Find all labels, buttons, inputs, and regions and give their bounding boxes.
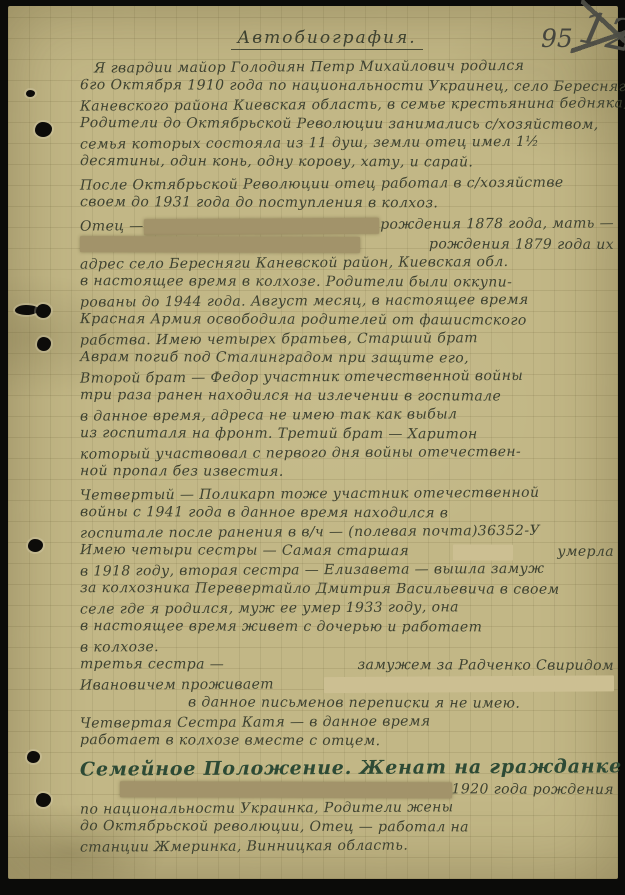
handwriting-text: войны с 1941 года в данное время находил… — [80, 504, 448, 521]
handwriting-text: за колхозника Перевертайло Дмитрия Васил… — [80, 580, 560, 598]
handwriting-text: Аврам погиб под Сталинградом при защите … — [80, 349, 469, 366]
handwriting-text: работает в колхозе вместе с отцем. — [80, 732, 381, 749]
handwriting-text: селе где я родился, муж ее умер 1933 год… — [80, 599, 459, 617]
handwritten-line: десятины, один конь, одну корову, хату, … — [80, 152, 614, 173]
handwriting-text: ной пропал без известия. — [80, 463, 284, 480]
handwriting-text: Родители до Октябрьской Революции занима… — [80, 115, 599, 133]
handwritten-line: Семейное Положение. Женат на гражданке — [80, 754, 614, 781]
handwriting-text: в колхозе. — [80, 639, 159, 655]
handwriting-text: до Октябрьской революции, Отец — работал… — [80, 818, 469, 835]
redaction-patch — [120, 781, 452, 798]
handwriting-text: Имею четыри сестры — Самая старшая — [80, 541, 409, 561]
handwriting-text: по национальности Украинка, Родители жен… — [80, 799, 454, 817]
handwritten-line: 6го Октября 1910 года по национальности … — [80, 76, 614, 97]
handwriting-text: в настоящее время в колхозе. Родители бы… — [80, 273, 512, 291]
handwriting-text: Четвертая Сестра Катя — в данное время — [80, 713, 431, 731]
handwriting-text: Второй брат — Федор участник отечественн… — [80, 368, 523, 387]
handwritten-line: который участвовал с первого дня войны о… — [80, 442, 614, 464]
handwritten-line: рованы до 1944 года. Август месяц, в нас… — [80, 290, 614, 312]
handwritten-line: селе где я родился, муж ее умер 1933 год… — [80, 597, 614, 619]
handwritten-line: станции Жмеринка, Винницкая область. — [80, 835, 614, 857]
handwritten-line: работает в колхозе вместе с отцем. — [80, 731, 614, 752]
handwritten-line: три раза ранен находился на излечении в … — [80, 386, 614, 407]
handwriting-text: в данное время, адреса не имею так как в… — [80, 406, 457, 424]
handwriting-text: адрес село Бересняги Каневской район, Ки… — [80, 254, 509, 273]
handwritten-line: Аврам погиб под Сталинградом при защите … — [80, 348, 614, 369]
scanned-document-page: 95 124 Автобиография. Я гвардии майор Го… — [0, 0, 625, 895]
handwritten-line: из госпиталя на фронт. Третий брат — Хар… — [80, 424, 614, 445]
handwriting-text: Каневского района Киевская область, в се… — [80, 95, 625, 114]
handwritten-line: ной пропал без известия. — [80, 462, 614, 483]
handwritten-line: Отец —рождения 1878 года, мать — — [80, 214, 614, 236]
handwritten-line: по национальности Украинка, Родители жен… — [80, 797, 614, 819]
handwritten-line: Каневского района Киевская область, в се… — [80, 94, 614, 116]
handwritten-line: Ивановичем проживает — [80, 673, 614, 695]
handwritten-line: рабства. Имею четырех братьев, Старший б… — [80, 328, 614, 350]
handwriting-text: рабства. Имею четырех братьев, Старший б… — [80, 330, 478, 348]
handwriting-text: 6го Октября 1910 года по национальности … — [80, 77, 625, 95]
handwritten-line: третья сестра —замужем за Радченко Свири… — [80, 655, 614, 676]
handwriting-text: в настоящее время живет с дочерью и рабо… — [80, 618, 482, 635]
handwriting-text: своем до 1931 года до поступления в колх… — [80, 194, 438, 211]
handwritten-line: семья которых состояла из 11 душ, земли … — [80, 132, 614, 154]
handwriting-text: третья сестра — — [80, 655, 224, 675]
handwritten-lines: Я гвардии майор Голодиян Петр Михайлович… — [80, 58, 614, 856]
handwriting-text: госпитале после ранения в в/ч — (полевая… — [80, 523, 540, 542]
handwritten-line: Родители до Октябрьской Революции занима… — [80, 114, 614, 135]
handwritten-line: После Октябрьской Революции отец работал… — [80, 173, 614, 195]
handwritten-line: Красная Армия освободила родителей от фа… — [80, 310, 614, 331]
handwritten-line: в данное время, адреса не имею так как в… — [80, 404, 614, 426]
handwritten-line: адрес село Бересняги Каневской район, Ки… — [80, 252, 614, 274]
handwritten-line: войны с 1941 года в данное время находил… — [80, 503, 614, 524]
handwriting-text: который участвовал с первого дня войны о… — [80, 444, 521, 463]
handwritten-line: за колхозника Перевертайло Дмитрия Васил… — [80, 579, 614, 600]
handwritten-line: Четвертая Сестра Катя — в данное время — [80, 711, 614, 733]
handwritten-line: в настоящее время живет с дочерью и рабо… — [80, 617, 614, 638]
handwritten-line: в колхозе. — [80, 635, 614, 657]
handwritten-line: Я гвардии майор Голодиян Петр Михайлович… — [80, 56, 614, 78]
handwriting-text: три раза ранен находился на излечении в … — [80, 387, 501, 404]
handwriting-text: Я гвардии майор Голодиян Петр Михайлович… — [94, 58, 524, 77]
handwritten-line: своем до 1931 года до поступления в колх… — [80, 193, 614, 214]
handwriting-text: десятины, один конь, одну корову, хату, … — [80, 153, 473, 170]
handwritten-line: в настоящее время в колхозе. Родители бы… — [80, 272, 614, 293]
handwriting-text: Семейное Положение. Женат на гражданке — [80, 755, 622, 780]
handwritten-line: госпитале после ранения в в/ч — (полевая… — [80, 521, 614, 543]
redaction-patch — [324, 675, 614, 693]
document-title: Автобиография. — [80, 28, 574, 48]
redaction-patch — [80, 236, 360, 253]
handwritten-line: 1920 года рождения — [80, 779, 614, 800]
handwriting-text: После Октябрьской Революции отец работал… — [80, 175, 564, 194]
handwritten-line: Четвертый — Поликарп тоже участник отече… — [80, 483, 614, 505]
handwriting-text: Четвертый — Поликарп тоже участник отече… — [80, 485, 539, 504]
document-title-text: Автобиография. — [231, 28, 422, 50]
handwriting-text: станции Жмеринка, Винницкая область. — [80, 838, 408, 856]
handwriting-text: в 1918 году, вторая сестра — Елизавета —… — [80, 561, 545, 580]
handwritten-line: Имею четыри сестры — Самая старшаяумерла — [80, 541, 614, 562]
handwriting-text: рованы до 1944 года. Август месяц, в нас… — [80, 292, 529, 311]
handwritten-line: Второй брат — Федор участник отечественн… — [80, 366, 614, 388]
handwritten-line: до Октябрьской революции, Отец — работал… — [80, 817, 614, 838]
handwriting-text: в данное письменов переписки я не имею. — [188, 694, 520, 711]
handwriting-text: рождения 1878 года, мать — — [380, 214, 614, 234]
handwritten-line: в данное письменов переписки я не имею. — [80, 693, 614, 714]
handwritten-line: рождения 1879 года их — [80, 234, 614, 255]
handwriting-text: семья которых состояла из 11 душ, земли … — [80, 134, 539, 153]
handwritten-line: в 1918 году, вторая сестра — Елизавета —… — [80, 559, 614, 581]
redaction-patch — [144, 217, 379, 234]
document-content: Автобиография. Я гвардии майор Голодиян … — [80, 28, 614, 856]
handwriting-text: из госпиталя на фронт. Третий брат — Хар… — [80, 425, 478, 442]
page-number: 95 — [541, 24, 573, 53]
redaction-patch — [453, 544, 513, 560]
handwriting-text: Красная Армия освободила родителей от фа… — [80, 311, 527, 329]
